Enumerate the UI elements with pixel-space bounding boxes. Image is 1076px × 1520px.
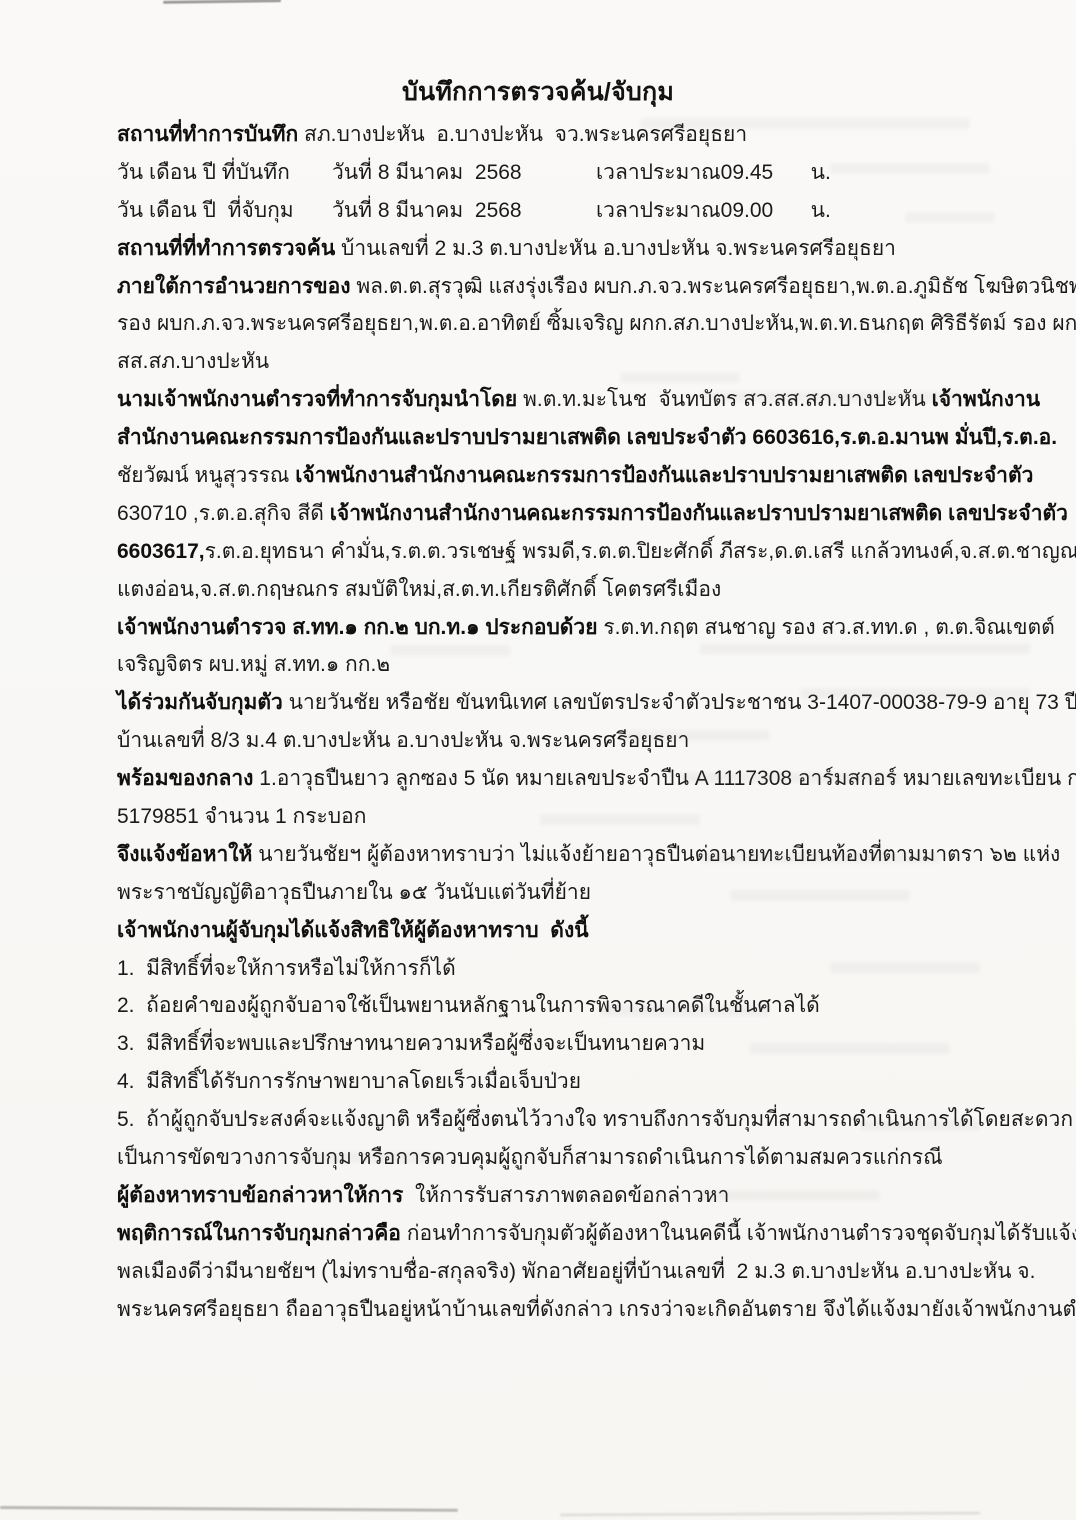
document-body: สถานที่ทำการบันทึก สภ.บางปะหัน อ.บางปะหั… — [117, 116, 986, 1329]
text-segment: พร้อมของกลาง — [117, 767, 253, 790]
text-segment: 09.00 — [721, 192, 811, 230]
text-line: สส.สภ.บางปะหัน — [117, 343, 986, 381]
bleedthrough-artifact — [905, 212, 995, 223]
text-segment: ภายใต้การอำนวยการของ — [117, 275, 350, 298]
text-segment: วัน เดือน ปี ที่จับกุม — [117, 192, 332, 230]
bleedthrough-artifact — [700, 643, 1030, 654]
text-segment: ผู้ต้องหาทราบข้อกล่าวหาให้การ — [117, 1184, 403, 1207]
text-segment: สถานที่ทำการบันทึก — [117, 123, 298, 146]
text-segment: 3. มีสิทธิ์ที่จะพบและปรึกษาทนายความหรือผ… — [117, 1032, 705, 1055]
text-segment: เป็นการขัดขวางการจับกุม หรือการควบคุมผู้… — [117, 1146, 943, 1169]
text-segment: นามเจ้าพนักงานตำรวจที่ทำการจับกุมนำโดย — [117, 388, 517, 411]
text-segment: ก่อนทำการจับกุมตัวผู้ต้องหาในนคดีนี้ เจ้… — [401, 1222, 1076, 1245]
text-segment: 4. มีสิทธิ์ได้รับการรักษาพยาบาลโดยเร็วเม… — [117, 1070, 581, 1093]
text-segment: บ้านเลขที่ 8/3 ม.4 ต.บางปะหัน อ.บางปะหัน… — [117, 729, 689, 752]
text-segment: 1.อาวุธปืนยาว ลูกซอง 5 นัด หมายเลขประจำป… — [253, 767, 1076, 790]
bleedthrough-artifact — [300, 1152, 440, 1163]
text-segment: เจริญจิตร ผบ.หมู่ ส.ทท.๑ กก.๒ — [117, 653, 390, 676]
text-segment: พล.ต.ต.สุรวุฒิ แสงรุ่งเรือง ผบก.ภ.จว.พระ… — [350, 275, 1076, 298]
text-segment: 630710 ,ร.ต.อ.สุกิจ สีดี — [117, 502, 330, 525]
text-segment: ให้การรับสารภาพตลอดข้อกล่าวหา — [403, 1184, 729, 1207]
scan-edge-artifact-bottom-right — [560, 1512, 980, 1516]
text-line: ชัยวัฒน์ หนูสุวรรณ เจ้าพนักงานสำนักงานคณ… — [117, 457, 986, 495]
text-segment: เวลาประมาณ — [596, 154, 721, 192]
bleedthrough-artifact — [600, 1005, 770, 1016]
text-line: 4. มีสิทธิ์ได้รับการรักษาพยาบาลโดยเร็วเม… — [117, 1063, 986, 1101]
text-segment: วันที่ 8 มีนาคม 2568 — [332, 192, 596, 230]
text-segment: พฤติการณ์ในการจับกุมกล่าวคือ — [117, 1222, 401, 1245]
text-line: วัน เดือน ปี ที่จับกุมวันที่ 8 มีนาคม 25… — [117, 192, 986, 230]
text-line: ภายใต้การอำนวยการของ พล.ต.ต.สุรวุฒิ แสงร… — [117, 268, 986, 306]
bleedthrough-artifact — [640, 118, 970, 129]
text-segment: พระราชบัญญัติอาวุธปืนภายใน ๑๕ วันนับแต่ว… — [117, 881, 591, 904]
bleedthrough-artifact — [860, 1120, 980, 1131]
text-segment: สำนักงานคณะกรรมการป้องกันและปราบปรามยาเส… — [117, 426, 1057, 449]
text-line: พฤติการณ์ในการจับกุมกล่าวคือ ก่อนทำการจั… — [117, 1215, 986, 1253]
text-line: พลเมืองดีว่ามีนายชัยฯ (ไม่ทราบชื่อ-สกุลจ… — [117, 1253, 986, 1291]
text-segment: สส.สภ.บางปะหัน — [117, 350, 269, 373]
text-segment: จึงแจ้งข้อหาให้ — [117, 843, 252, 866]
text-segment: รอง ผบก.ภ.จว.พระนครศรีอยุธยา,พ.ต.อ.อาทิต… — [117, 312, 1076, 335]
text-line: เจ้าพนักงานผู้จับกุมได้แจ้งสิทธิให้ผู้ต้… — [117, 912, 986, 950]
text-line: แตงอ่อน,จ.ส.ต.กฤษณกร สมบัติใหม่,ส.ต.ท.เก… — [117, 571, 986, 609]
text-segment: 5179851 จำนวน 1 กระบอก — [117, 805, 366, 828]
text-segment: เจ้าพนักงานสำนักงานคณะกรรมการป้องกันและป… — [330, 502, 1068, 525]
text-segment: แตงอ่อน,จ.ส.ต.กฤษณกร สมบัติใหม่,ส.ต.ท.เก… — [117, 578, 721, 601]
text-segment: พระนครศรีอยุธยา ถืออาวุธปืนอยู่หน้าบ้านเ… — [117, 1298, 1076, 1321]
text-line: รอง ผบก.ภ.จว.พระนครศรีอยุธยา,พ.ต.อ.อาทิต… — [117, 305, 986, 343]
scan-edge-artifact-bottom-left — [0, 1506, 458, 1511]
scanned-document-page: บันทึกการตรวจค้น/จับกุม สถานที่ทำการบันท… — [0, 0, 1076, 1520]
text-segment: ร.ต.ท.กฤต สนชาญ รอง สว.ส.ทท.ด , ต.ต.จิณเ… — [598, 616, 1055, 639]
text-segment: สถานที่ที่ทำการตรวจค้น — [117, 237, 335, 260]
text-segment: น. — [811, 199, 831, 222]
text-segment: วันที่ 8 มีนาคม 2568 — [332, 154, 596, 192]
text-segment: บ้านเลขที่ 2 ม.3 ต.บางปะหัน อ.บางปะหัน จ… — [335, 237, 896, 260]
bleedthrough-artifact — [830, 163, 990, 174]
bleedthrough-artifact — [750, 1043, 950, 1054]
text-line: 2. ถ้อยคำของผู้ถูกจับอาจใช้เป็นพยานหลักฐ… — [117, 987, 986, 1025]
bleedthrough-artifact — [390, 645, 510, 656]
text-segment: เวลาประมาณ — [596, 192, 721, 230]
bleedthrough-artifact — [680, 772, 900, 783]
text-line: 5. ถ้าผู้ถูกจับประสงค์จะแจ้งญาติ หรือผู้… — [117, 1101, 986, 1139]
text-segment: ได้ร่วมกันจับกุมตัว — [117, 691, 283, 714]
bleedthrough-artifact — [700, 852, 940, 863]
text-segment: เจ้าพนักงานสำนักงานคณะกรรมการป้องกันและป… — [295, 464, 1033, 487]
text-segment: วัน เดือน ปี ที่บันทึก — [117, 154, 332, 192]
bleedthrough-artifact — [700, 391, 960, 402]
text-segment: ชัยวัฒน์ หนูสุวรรณ — [117, 464, 295, 487]
bleedthrough-artifact — [700, 1190, 880, 1201]
text-segment: 6603617, — [117, 540, 205, 563]
text-line: สถานที่ที่ทำการตรวจค้น บ้านเลขที่ 2 ม.3 … — [117, 230, 986, 268]
text-segment: 09.45 — [721, 154, 811, 192]
bleedthrough-artifact — [830, 962, 980, 973]
text-line: 6603617,ร.ต.อ.ยุทธนา คำมั่น,ร.ต.ต.วรเชษฐ… — [117, 533, 986, 571]
bleedthrough-artifact — [800, 688, 1030, 699]
text-segment: ร.ต.อ.ยุทธนา คำมั่น,ร.ต.ต.วรเชษฐ์ พรมดี,… — [205, 540, 1076, 563]
text-line: เจ้าพนักงานตำรวจ ส.ทท.๑ กก.๒ บก.ท.๑ ประก… — [117, 609, 986, 647]
text-line: 630710 ,ร.ต.อ.สุกิจ สีดี เจ้าพนักงานสำนั… — [117, 495, 986, 533]
scan-edge-artifact-top — [163, 0, 281, 4]
bleedthrough-artifact — [620, 730, 770, 741]
text-segment: พลเมืองดีว่ามีนายชัยฯ (ไม่ทราบชื่อ-สกุลจ… — [117, 1260, 1035, 1283]
text-segment: น. — [811, 161, 831, 184]
text-line: สำนักงานคณะกรรมการป้องกันและปราบปรามยาเส… — [117, 419, 986, 457]
text-segment: 1. มีสิทธิ์ที่จะให้การหรือไม่ให้การก็ได้ — [117, 957, 456, 980]
document-title: บันทึกการตรวจค้น/จับกุม — [0, 72, 1076, 112]
text-segment: เจ้าพนักงานตำรวจ ส.ทท.๑ กก.๒ บก.ท.๑ ประก… — [117, 616, 598, 639]
bleedthrough-artifact — [730, 890, 910, 901]
text-line: เป็นการขัดขวางการจับกุม หรือการควบคุมผู้… — [117, 1139, 986, 1177]
text-line: พระนครศรีอยุธยา ถืออาวุธปืนอยู่หน้าบ้านเ… — [117, 1291, 986, 1329]
bleedthrough-artifact — [540, 814, 700, 825]
text-segment: เจ้าพนักงานผู้จับกุมได้แจ้งสิทธิให้ผู้ต้… — [117, 919, 589, 942]
bleedthrough-artifact — [620, 372, 740, 383]
text-line: บ้านเลขที่ 8/3 ม.4 ต.บางปะหัน อ.บางปะหัน… — [117, 722, 986, 760]
